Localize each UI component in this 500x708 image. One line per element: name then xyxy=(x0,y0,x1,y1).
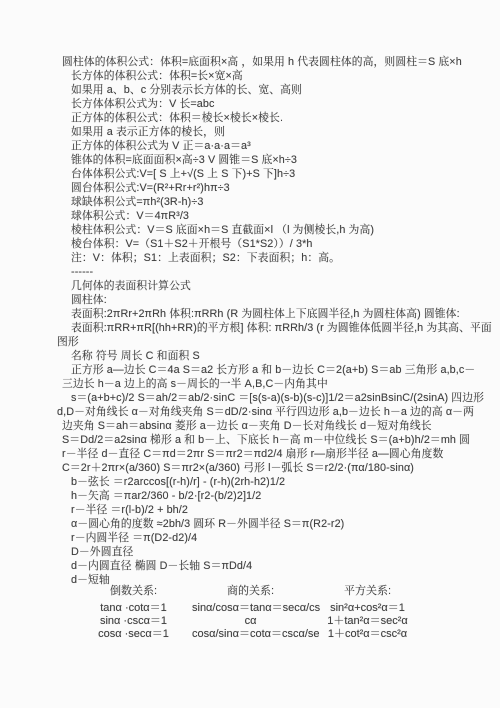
text-line: 正方体的体积公式：体积＝棱长×棱长×棱长. xyxy=(57,111,449,125)
trig-identity: 1＋cot²α＝csc²α xyxy=(309,628,426,641)
trig-identity: cosα/sinα＝cotα＝cscα/se xyxy=(192,628,309,641)
trig-identity: tanα ·cotα＝1 xyxy=(75,602,192,615)
text-line: 正方体的体积公式为 V 正＝a·a·a＝a³ xyxy=(57,139,449,153)
trig-identity: cosα ·secα＝1 xyxy=(75,628,192,641)
text-line: 表面积:πRR+πR[(hh+RR)的平方根] 体积: πRRh/3 (r 为圆… xyxy=(57,321,449,335)
trig-identities-table: 倒数关系:tanα ·cotα＝1sinα ·cscα＝1cosα ·secα＝… xyxy=(75,585,426,641)
text-line: 台体体积公式:V=[ S 上+√(S 上 S 下)+S 下]h÷3 xyxy=(57,167,449,181)
text-line: h－矢高 ＝πar2/360 - b/2·[r2-(b/2)2]1/2 xyxy=(57,489,449,503)
trig-column-header: 商的关系: xyxy=(192,585,309,598)
text-line: 正方形 a—边长 C＝4a S＝a2 长方形 a 和 b－边长 C＝2(a+b)… xyxy=(57,363,449,377)
trig-column: 平方关系:sin²α+cos²α＝11＋tan²α＝sec²α1＋cot²α＝c… xyxy=(309,585,426,641)
text-line: d－内圆直径 椭圆 D－长轴 S＝πDd/4 xyxy=(57,559,449,573)
text-line: r－内圆半径 ＝π(D2-d2)/4 xyxy=(57,531,449,545)
trig-identity: sinα ·cscα＝1 xyxy=(75,615,192,628)
text-line: ------ xyxy=(57,265,449,279)
document-page: 圆柱体的体积公式：体积=底面积×高 ，如果用 h 代表圆柱体的高，则圆柱＝S 底… xyxy=(0,0,500,708)
text-line: D－外圆直径 xyxy=(57,545,449,559)
text-line: r－半径 ＝r(l-b)/2 + bh/2 xyxy=(57,503,449,517)
text-line: α－圆心角的度数 ≈2bh/3 圆环 R－外圆半径 S＝π(R2-r2) xyxy=(57,517,449,531)
text-line: 如果用 a、b、c 分别表示长方体的长、宽、高则 xyxy=(57,83,449,97)
text-line: 球缺体积公式=πh²(3R-h)÷3 xyxy=(57,195,449,209)
text-line: 几何体的表面积计算公式 xyxy=(57,279,449,293)
text-line: r－半径 d－直径 C＝πd＝2πr S＝πr2＝πd2/4 扇形 r—扇形半径… xyxy=(57,447,449,461)
text-line: 表面积:2πRr+2πRh 体积:πRRh (R 为圆柱体上下底圆半径,h 为圆… xyxy=(57,307,449,321)
trig-column-header: 倒数关系: xyxy=(75,585,192,598)
text-line: S＝Dd/2＝a2sinα 梯形 a 和 b－上、下底长 h－高 m－中位线长 … xyxy=(57,433,449,447)
text-line: 棱台体积：V=（S1＋S2＋开根号（S1*S2））/ 3*h xyxy=(57,237,449,251)
trig-identity: sinα/cosα＝tanα＝secα/cs xyxy=(192,602,309,615)
trig-column: 商的关系:sinα/cosα＝tanα＝secα/cscαcosα/sinα＝c… xyxy=(192,585,309,641)
text-line: 三边长 h－a 边上的高 s－周长的一半 A,B,C－内角其中 xyxy=(57,377,449,391)
text-line: 球体积公式：V＝4πR³/3 xyxy=(57,209,449,223)
trig-column: 倒数关系:tanα ·cotα＝1sinα ·cscα＝1cosα ·secα＝… xyxy=(75,585,192,641)
text-line: s＝(a+b+c)/2 S＝ah/2＝ab/2·sinC ＝[s(s-a)(s-… xyxy=(57,391,449,405)
text-line: 注：V：体积；S1：上表面积；S2：下表面积；h：高。 xyxy=(57,251,449,265)
text-line: 圆台体积公式:V=(R²+Rr+r²)hπ÷3 xyxy=(57,181,449,195)
text-line: 长方体的体积公式：体积=长×宽×高 xyxy=(57,69,449,83)
text-line: 长方体体积公式为：V 长=abc xyxy=(57,97,449,111)
text-line: 图形 xyxy=(57,335,449,349)
trig-identity: sin²α+cos²α＝1 xyxy=(309,602,426,615)
text-line: 棱柱体积公式：V＝S 底面×h＝S 直截面×l （l 为侧棱长,h 为高) xyxy=(57,223,449,237)
text-line: d,D－对角线长 α－对角线夹角 S＝dD/2·sinα 平行四边形 a,b－边… xyxy=(57,405,449,419)
text-line: b－弦长 ＝r2arccos[(r-h)/r] - (r-h)(2rh-h2)1… xyxy=(57,475,449,489)
text-line: 圆柱体的体积公式：体积=底面积×高 ，如果用 h 代表圆柱体的高，则圆柱＝S 底… xyxy=(57,55,449,69)
text-line: 锥体的体积=底面面积×高÷3 V 圆锥＝S 底×h÷3 xyxy=(57,153,449,167)
formula-text-block: 圆柱体的体积公式：体积=底面积×高 ，如果用 h 代表圆柱体的高，则圆柱＝S 底… xyxy=(57,55,449,587)
text-line: 如果用 a 表示正方体的棱长，则 xyxy=(57,125,449,139)
trig-identity: cα xyxy=(192,615,309,628)
text-line: 名称 符号 周长 C 和面积 S xyxy=(57,349,449,363)
text-line: C＝2r＋2πr×(a/360) S＝πr2×(a/360) 弓形 l－弧长 S… xyxy=(57,461,449,475)
trig-identity: 1＋tan²α＝sec²α xyxy=(309,615,426,628)
trig-column-header: 平方关系: xyxy=(309,585,426,598)
text-line: 边夹角 S＝ah＝absinα 菱形 a－边长 α－夹角 D－长对角线长 d－短… xyxy=(57,419,449,433)
text-line: 圆柱体: xyxy=(57,293,449,307)
